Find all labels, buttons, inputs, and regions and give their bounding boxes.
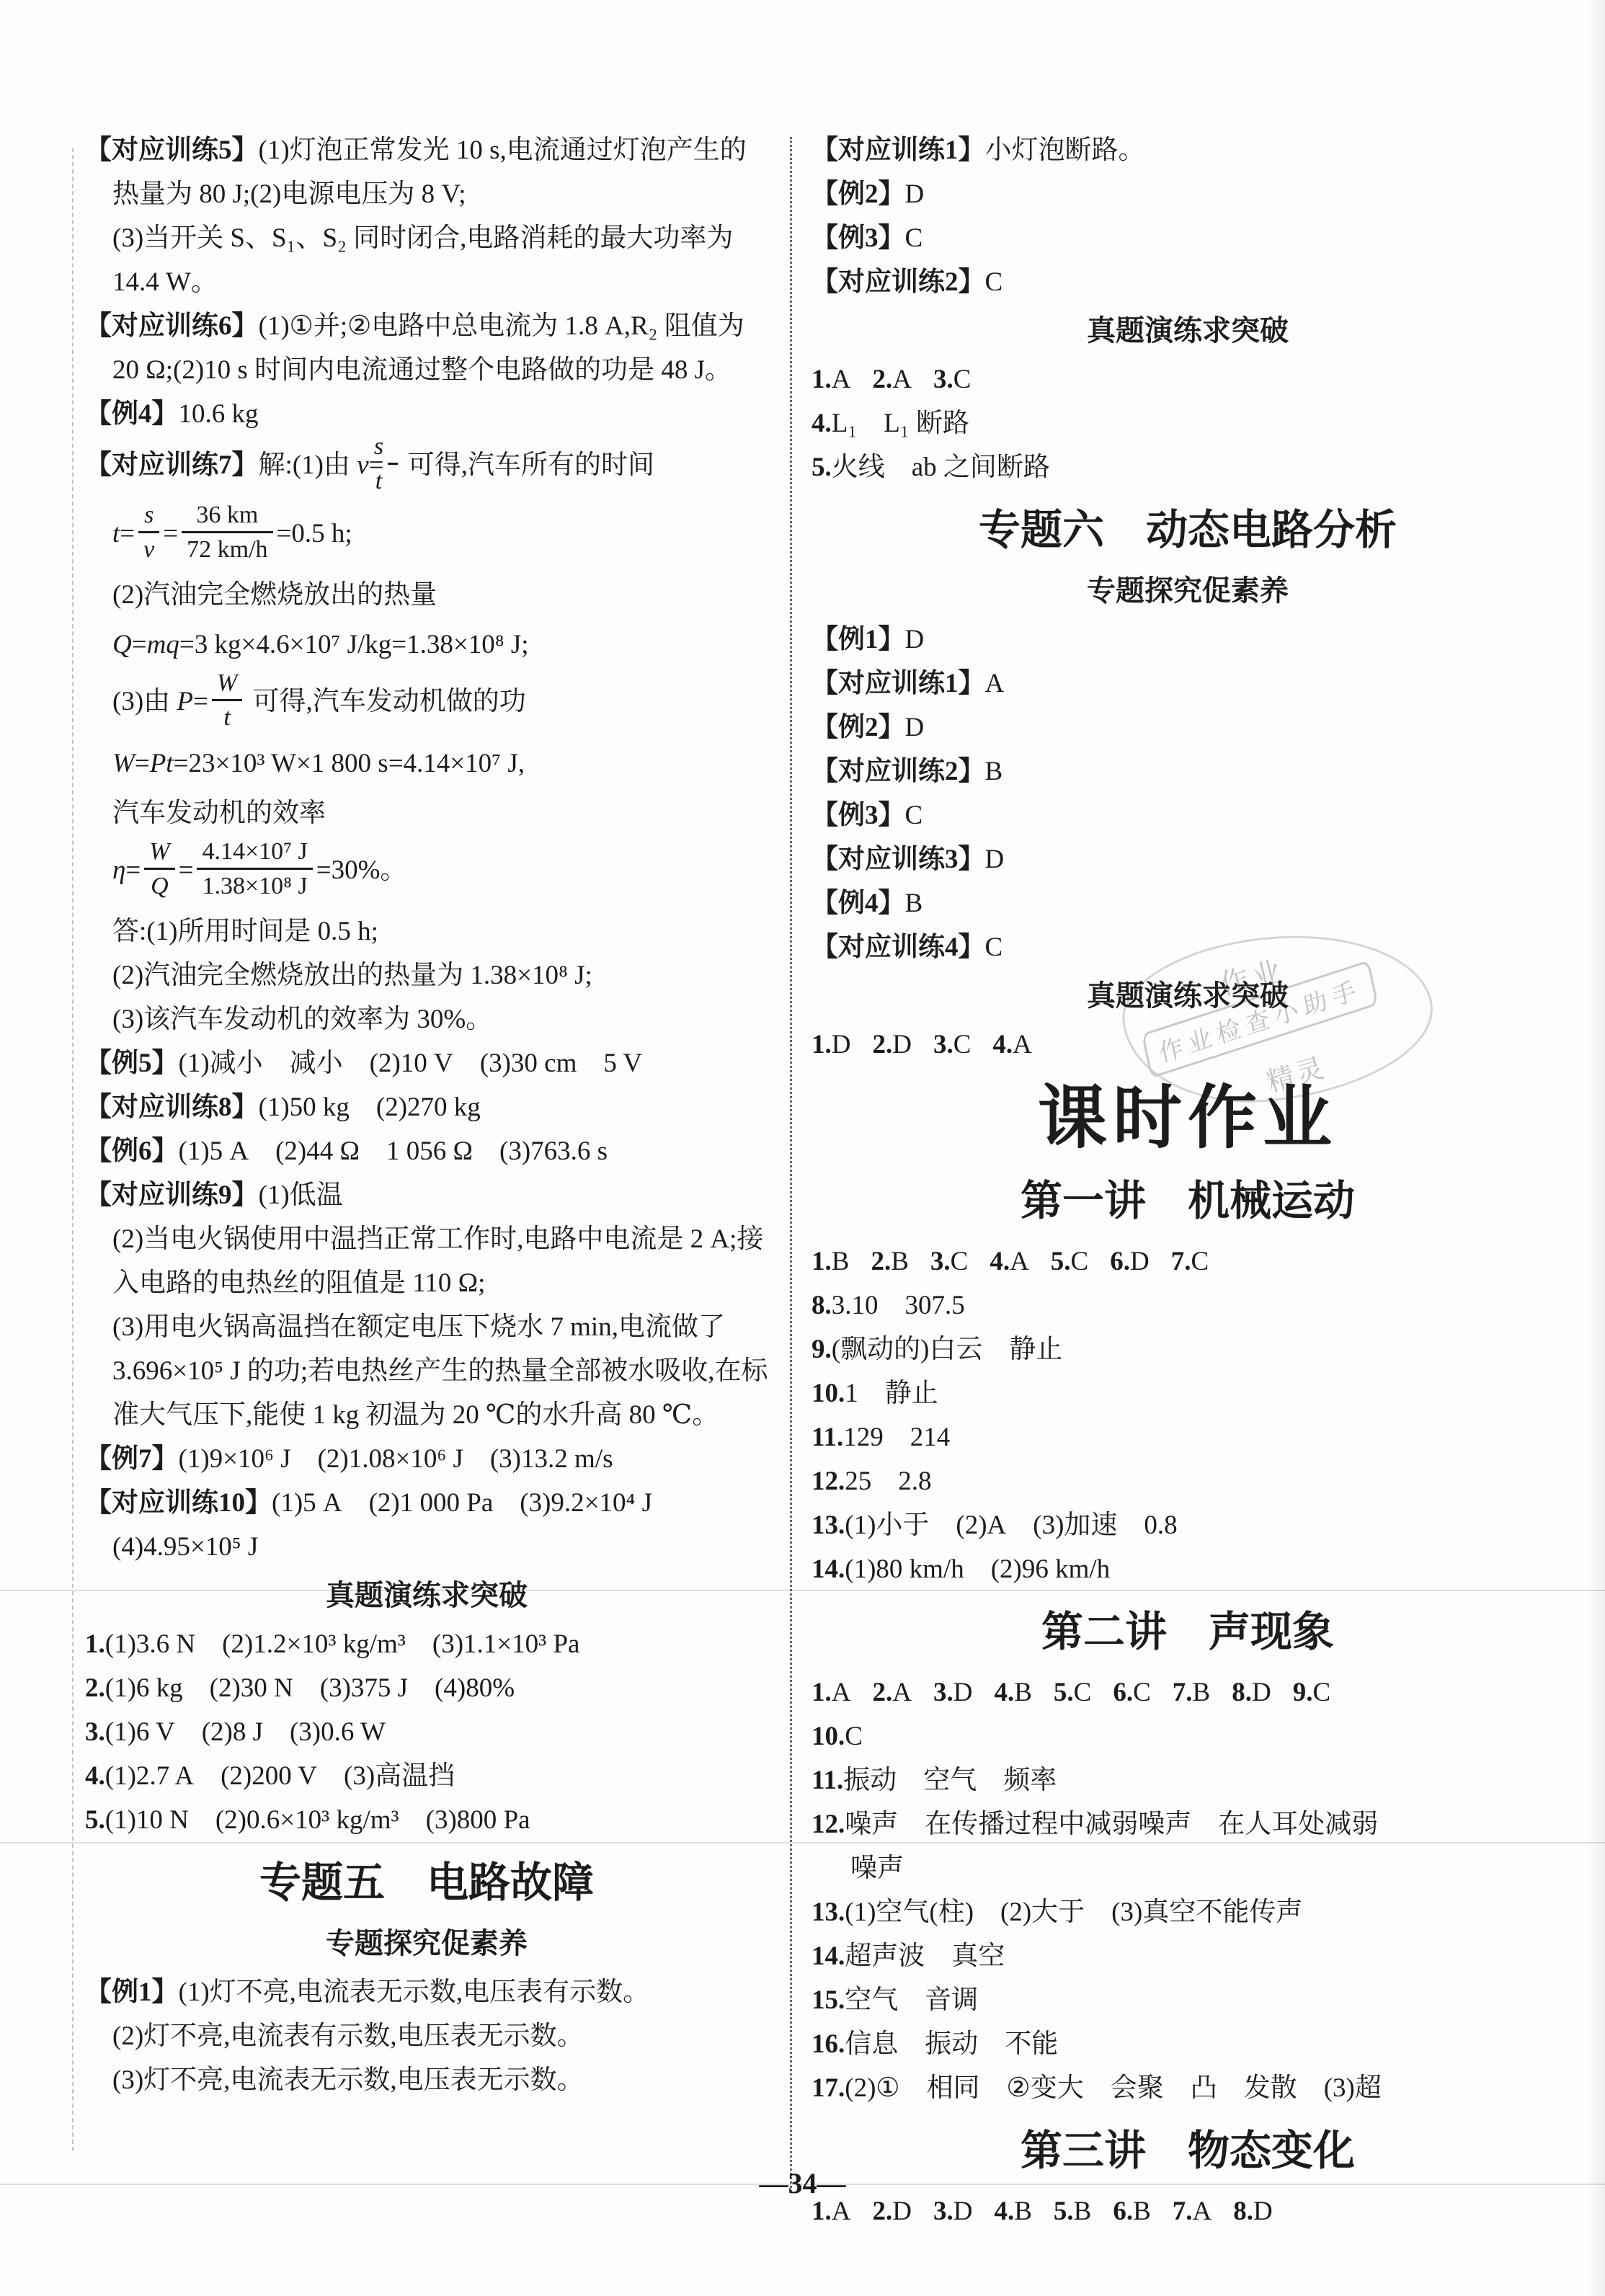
formula-text: 可得,汽车发动机做的功: [246, 687, 526, 716]
section-heading: 专题六 动态电路分析: [812, 504, 1564, 557]
answer-item: 7.A: [1173, 2197, 1211, 2226]
page-number: —34—: [0, 2166, 1605, 2200]
fraction-denominator: Q: [144, 870, 174, 900]
answer-number: 12.: [812, 1810, 845, 1839]
paragraph-text: (3)用电火锅高温挡在额定电压下烧水 7 min,电流做了3.696×10⁵ J…: [112, 1312, 768, 1430]
paragraph-text: (1)5 A (2)1 000 Pa (3)9.2×10⁴ J: [272, 1488, 652, 1518]
example-label: 【对应训练10】: [85, 1488, 272, 1518]
subsection-heading: 真题演练求突破: [812, 308, 1564, 353]
answer-value: D: [1252, 1678, 1271, 1707]
answer-number: 5.: [85, 1805, 105, 1835]
answer-number: 15.: [812, 1985, 845, 2015]
answer-number: 14.: [812, 1554, 845, 1584]
answer-text: (1)80 km/h (2)96 km/h: [845, 1554, 1110, 1584]
paragraph-text: (3)该汽车发动机的效率为 30%。: [112, 1005, 492, 1034]
answer-line: 13.(1)小于 (2)A (3)加速 0.8: [812, 1503, 1564, 1547]
subsection-heading: 专题探究促素养: [812, 569, 1564, 613]
answer-item: 1.A: [812, 1678, 850, 1707]
answer-number: 1.: [85, 1629, 105, 1659]
answer-text: 1 静止: [845, 1379, 938, 1408]
answer-line: 9.(飘动的)白云 静止: [812, 1327, 1564, 1371]
answer-line-continuation: 噪声: [812, 1846, 1564, 1890]
answer-paragraph: (3)由 P=Wt 可得,汽车发动机做的功: [85, 672, 768, 735]
formula-text: W: [112, 749, 135, 778]
page: 作业 作业检查小助手 精灵 【对应训练5】(1)灯泡正常发光 10 s,电流通过…: [0, 0, 1605, 2296]
example-label: 【例1】: [85, 1977, 179, 2007]
answer-text: C: [845, 1722, 863, 1751]
answer-number: 13.: [812, 1897, 845, 1927]
answer-value: D: [953, 1678, 973, 1707]
answer-paragraph: 【例3】C: [812, 216, 1564, 260]
answer-line: 16.信息 振动 不能: [812, 2022, 1564, 2066]
answer-number: 7.: [1171, 1247, 1191, 1276]
paragraph-text: (2)汽油完全燃烧放出的热量为 1.38×10⁸ J;: [112, 961, 592, 990]
example-label: 【对应训练3】: [812, 845, 985, 874]
answer-number: 14.: [812, 1941, 845, 1971]
answer-number: 5.: [812, 453, 832, 482]
answer-value: D: [892, 1030, 912, 1059]
paragraph-text: (1)低温: [259, 1180, 343, 1210]
answer-number: 8.: [1233, 2197, 1253, 2226]
paragraph-text: C: [985, 933, 1003, 962]
answer-line: 12.25 2.8: [812, 1459, 1564, 1503]
answer-item: 2.A: [872, 365, 911, 394]
answer-line: 12.噪声 在传播过程中减弱噪声 在人耳处减弱: [812, 1802, 1564, 1846]
formula-text: P: [177, 687, 193, 716]
answer-text: (1)2.7 A (2)200 V (3)高温挡: [105, 1761, 455, 1791]
answer-item: 6.D: [1110, 1247, 1149, 1276]
example-label: 【对应训练4】: [812, 933, 985, 962]
formula-text: v: [357, 450, 368, 480]
example-label: 【例1】: [812, 625, 905, 654]
formula-text: =23×10³ W×1 800 s=4.14×10⁷ J,: [174, 749, 525, 778]
answer-item: 3.C: [930, 1247, 968, 1276]
answer-paragraph: (3)该汽车发动机的效率为 30%。: [85, 997, 768, 1041]
subsection-heading: 专题探究促素养: [85, 1921, 768, 1966]
paragraph-text: (3)灯不亮,电流表无示数,电压表无示数。: [112, 2065, 584, 2095]
answer-text: 3.10 307.5: [832, 1291, 965, 1320]
answer-item: 2.B: [871, 1247, 908, 1276]
answer-line: 13.(1)空气(柱) (2)大于 (3)真空不能传声: [812, 1890, 1564, 1934]
formula-text: =: [179, 855, 194, 885]
fraction-denominator: t: [212, 701, 242, 731]
formula-text: =: [163, 519, 178, 548]
answer-item: 8.D: [1232, 1678, 1271, 1707]
answer-line: 14.(1)80 km/h (2)96 km/h: [812, 1547, 1564, 1591]
paragraph-text: A: [985, 669, 1005, 698]
answer-item: 4.A: [992, 1030, 1031, 1059]
answer-line: 5.(1)10 N (2)0.6×10³ kg/m³ (3)800 Pa: [85, 1798, 768, 1842]
answer-value: A: [892, 365, 912, 394]
paragraph-text: (1)5 A (2)44 Ω 1 056 Ω (3)763.6 s: [179, 1136, 608, 1166]
example-label: 【例3】: [812, 801, 905, 830]
paragraph-text: (3)当开关 S、S₁、S₂ 同时闭合,电路消耗的最大功率为 14.4 W。: [112, 223, 733, 297]
answer-line: 11.振动 空气 频率: [812, 1758, 1564, 1802]
answer-paragraph: 【例2】D: [812, 172, 1564, 216]
answer-text: (1)小于 (2)A (3)加速 0.8: [845, 1510, 1177, 1540]
answer-number: 4.: [994, 2197, 1014, 2226]
answer-value: D: [953, 2197, 973, 2226]
answer-paragraph: 【例6】(1)5 A (2)44 Ω 1 056 Ω (3)763.6 s: [85, 1129, 768, 1173]
answer-item: 4.B: [994, 2197, 1031, 2226]
answer-item: 1.D: [812, 1030, 850, 1059]
example-label: 【例4】: [812, 889, 905, 918]
answer-value: D: [1130, 1247, 1150, 1276]
answer-number: 5.: [1054, 2197, 1074, 2226]
answer-text: (1)6 V (2)8 J (3)0.6 W: [105, 1717, 386, 1747]
answer-value: C: [1191, 1247, 1209, 1276]
answer-paragraph: 【对应训练3】D: [812, 837, 1564, 881]
answer-text: (1)空气(柱) (2)大于 (3)真空不能传声: [845, 1897, 1302, 1927]
answer-item: 6.C: [1113, 1678, 1150, 1707]
answer-paragraph: 汽车发动机的效率: [85, 791, 768, 835]
answer-paragraph: (3)灯不亮,电流表无示数,电压表无示数。: [85, 2058, 768, 2102]
fraction-denominator: 1.38×10⁸ J: [197, 870, 312, 900]
answer-item: 3.D: [933, 2197, 972, 2226]
paragraph-text: D: [905, 713, 925, 742]
answer-value: C: [1074, 1678, 1092, 1707]
answer-paragraph: 【例1】(1)灯不亮,电流表无示数,电压表有示数。: [85, 1970, 768, 2014]
answer-line: 11.129 214: [812, 1415, 1564, 1459]
formula-line: W=Pt=23×10³ W×1 800 s=4.14×10⁷ J,: [85, 742, 768, 786]
answer-number: 2.: [872, 365, 892, 394]
answer-paragraph: (4)4.95×10⁵ J: [85, 1525, 768, 1569]
fraction-denominator: v: [138, 533, 159, 564]
example-label: 【对应训练9】: [85, 1180, 259, 1210]
example-label: 【例3】: [812, 223, 905, 253]
example-label: 【例2】: [812, 179, 905, 209]
answer-text: 空气 音调: [845, 1985, 978, 2015]
answer-value: B: [832, 1247, 850, 1276]
subsection-heading: 真题演练求突破: [85, 1573, 768, 1618]
formula-text: t: [112, 519, 120, 548]
answer-text: 振动 空气 频率: [843, 1766, 1057, 1795]
example-label: 【对应训练8】: [85, 1093, 259, 1122]
answer-item: 3.C: [933, 365, 971, 394]
answer-paragraph: 【例4】10.6 kg: [85, 392, 768, 436]
section-heading: 第二讲 声现象: [812, 1606, 1564, 1659]
answer-paragraph: 【例1】D: [812, 618, 1564, 662]
answer-paragraph: (2)灯不亮,电流表有示数,电压表无示数。: [85, 2014, 768, 2058]
answer-number: 7.: [1173, 1678, 1193, 1707]
answer-paragraph: 【对应训练1】A: [812, 662, 1564, 706]
answer-value: B: [1133, 2197, 1151, 2226]
answer-paragraph: 【例5】(1)减小 减小 (2)10 V (3)30 cm 5 V: [85, 1041, 768, 1085]
answer-paragraph: 【对应训练1】小灯泡断路。: [812, 128, 1564, 172]
answer-value: A: [832, 2197, 851, 2226]
answer-number: 3.: [933, 2197, 953, 2226]
answer-row: 1.D2.D3.C4.A: [812, 1023, 1564, 1067]
formula-text: 解:(1)由: [259, 450, 357, 480]
answer-text: 超声波 真空: [845, 1941, 1005, 1971]
answer-text: (1)6 kg (2)30 N (3)375 J (4)80%: [105, 1673, 515, 1703]
answer-text: 129 214: [843, 1423, 950, 1452]
answer-paragraph: 答:(1)所用时间是 0.5 h;: [85, 909, 768, 953]
fraction-numerator: W: [212, 669, 242, 701]
paragraph-text: D: [905, 179, 925, 209]
paragraph-text: (1)灯不亮,电流表无示数,电压表有示数。: [179, 1977, 650, 2007]
answer-number: 2.: [872, 1030, 892, 1059]
answer-text: (2)① 相同 ②变大 会聚 凸 发散 (3)超: [845, 2073, 1382, 2103]
section-heading: 专题五 电路故障: [85, 1856, 768, 1910]
paragraph-text: (2)灯不亮,电流表有示数,电压表无示数。: [112, 2021, 584, 2051]
answer-number: 4.: [812, 409, 832, 438]
formula-text: =0.5 h;: [277, 519, 352, 548]
answer-text: (1)10 N (2)0.6×10³ kg/m³ (3)800 Pa: [105, 1805, 530, 1835]
formula-text: =: [135, 749, 150, 778]
answer-value: B: [1074, 2197, 1092, 2226]
answer-paragraph: 【对应训练10】(1)5 A (2)1 000 Pa (3)9.2×10⁴ J: [85, 1481, 768, 1525]
answer-item: 2.D: [872, 2197, 911, 2226]
answer-paragraph: (2)汽油完全燃烧放出的热量为 1.38×10⁸ J;: [85, 953, 768, 997]
paragraph-text: (2)当电火锅使用中温挡正常工作时,电路中电流是 2 A;接入电路的电热丝的阻值…: [112, 1224, 763, 1298]
answer-line: 17.(2)① 相同 ②变大 会聚 凸 发散 (3)超: [812, 2066, 1564, 2110]
answer-text: 火线 ab 之间断路: [832, 453, 1050, 482]
fraction: sv: [138, 501, 159, 564]
answer-value: D: [892, 2197, 912, 2226]
paragraph-text: B: [905, 889, 923, 918]
answer-paragraph: (3)用电火锅高温挡在额定电压下烧水 7 min,电流做了3.696×10⁵ J…: [85, 1305, 768, 1437]
paragraph-text: (4)4.95×10⁵ J: [112, 1532, 258, 1562]
example-label: 【例7】: [85, 1444, 179, 1474]
fraction: WQ: [144, 837, 174, 900]
fraction-numerator: s: [138, 501, 159, 533]
left-margin-dashed-line: [72, 148, 74, 2151]
answer-item: 5.C: [1054, 1678, 1091, 1707]
answer-paragraph: 【例7】(1)9×10⁶ J (2)1.08×10⁶ J (3)13.2 m/s: [85, 1437, 768, 1481]
paragraph-text: C: [905, 801, 923, 830]
answer-number: 2.: [872, 2197, 892, 2226]
answer-number: 2.: [871, 1247, 891, 1276]
formula-line: η=WQ=4.14×10⁷ J1.38×10⁸ J=30%。: [85, 841, 768, 904]
answer-number: 11.: [812, 1766, 843, 1795]
formula-text: η: [112, 855, 125, 885]
answer-number: 8.: [812, 1291, 832, 1320]
answer-item: 5.C: [1051, 1247, 1088, 1276]
answer-number: 11.: [812, 1423, 843, 1452]
answer-value: C: [1312, 1678, 1330, 1707]
example-label: 【对应训练2】: [812, 757, 985, 786]
answer-value: A: [892, 1678, 912, 1707]
answer-paragraph: 【对应训练9】(1)低温: [85, 1173, 768, 1217]
paragraph-text: C: [905, 223, 923, 253]
answer-text: 25 2.8: [845, 1467, 931, 1496]
formula-text: =: [193, 687, 208, 716]
answer-number: 17.: [812, 2073, 845, 2103]
answer-value: D: [1253, 2197, 1273, 2226]
fraction-denominator: t: [388, 465, 398, 495]
answer-value: A: [1193, 2197, 1212, 2226]
paragraph-text: 汽车发动机的效率: [112, 798, 326, 828]
formula-text: 可得,汽车所有的时间: [401, 450, 655, 480]
formula-line: Q=mq=3 kg×4.6×10⁷ J/kg=1.38×10⁸ J;: [85, 623, 768, 667]
paragraph-text: (1)50 kg (2)270 kg: [259, 1093, 481, 1122]
answer-value: C: [1133, 1678, 1151, 1707]
answer-item: 3.C: [933, 1030, 971, 1059]
answer-row: 1.A2.A3.C: [812, 357, 1564, 401]
answer-number: 3.: [930, 1247, 951, 1276]
answer-number: 1.: [812, 365, 832, 394]
answer-text: L₁ L₁ 断路: [832, 409, 969, 438]
chapter-title: 课时作业: [812, 1077, 1564, 1160]
fraction-numerator: s: [388, 432, 398, 465]
answer-number: 12.: [812, 1467, 845, 1496]
example-label: 【例2】: [812, 713, 905, 742]
answer-number: 4.: [992, 1030, 1013, 1059]
paragraph-text: (1)9×10⁶ J (2)1.08×10⁶ J (3)13.2 m/s: [179, 1444, 613, 1474]
answer-line: 4.(1)2.7 A (2)200 V (3)高温挡: [85, 1754, 768, 1798]
answer-number: 8.: [1232, 1678, 1252, 1707]
answer-value: D: [832, 1030, 851, 1059]
paragraph-text: 答:(1)所用时间是 0.5 h;: [112, 917, 378, 946]
answer-paragraph: (2)汽油完全燃烧放出的热量: [85, 573, 768, 617]
column-divider: [790, 137, 792, 2192]
subsection-heading: 真题演练求突破: [812, 974, 1564, 1018]
paragraph-text: D: [905, 625, 925, 654]
paragraph-text: (2)汽油完全燃烧放出的热量: [112, 580, 437, 610]
answer-number: 7.: [1173, 2197, 1193, 2226]
answer-number: 9.: [812, 1335, 832, 1364]
answer-line: 1.(1)3.6 N (2)1.2×10³ kg/m³ (3)1.1×10³ P…: [85, 1622, 768, 1666]
fraction-numerator: 36 km: [182, 501, 272, 533]
answer-number: 13.: [812, 1510, 845, 1540]
fraction-numerator: 4.14×10⁷ J: [197, 837, 312, 870]
answer-number: 3.: [85, 1717, 105, 1747]
formula-text: =: [125, 855, 141, 885]
example-label: 【例5】: [85, 1049, 179, 1078]
example-label: 【对应训练7】: [85, 450, 259, 480]
formula-text: mq: [147, 630, 179, 659]
formula-text: =: [120, 519, 135, 548]
answer-number: 9.: [1293, 1678, 1313, 1707]
answer-item: 9.C: [1293, 1678, 1330, 1707]
fraction: st: [388, 432, 398, 495]
answer-item: 1.A: [812, 365, 850, 394]
answer-value: C: [953, 1030, 972, 1059]
formula-text: Pt: [150, 749, 174, 778]
answer-item: 4.B: [994, 1678, 1031, 1707]
fraction-denominator: 72 km/h: [182, 533, 272, 564]
paragraph-text: D: [985, 845, 1005, 874]
example-label: 【对应训练2】: [812, 267, 985, 297]
answer-paragraph: 【例4】B: [812, 881, 1564, 925]
example-label: 【对应训练1】: [812, 669, 985, 698]
formula-text: Q: [112, 630, 132, 659]
example-label: 【对应训练6】: [85, 311, 259, 341]
answer-item: 1.A: [812, 2197, 850, 2226]
answer-item: 7.C: [1171, 1247, 1209, 1276]
answer-paragraph: 【对应训练7】解:(1)由 v=st 可得,汽车所有的时间: [85, 436, 768, 499]
answer-value: A: [1010, 1247, 1029, 1276]
answer-paragraph: 【对应训练8】(1)50 kg (2)270 kg: [85, 1085, 768, 1129]
answer-number: 16.: [812, 2029, 845, 2059]
formula-line: t=sv=36 km72 km/h=0.5 h;: [85, 504, 768, 567]
paragraph-text: C: [985, 267, 1003, 297]
answer-row: 1.B2.B3.C4.A5.C6.D7.C: [812, 1240, 1564, 1283]
example-label: 【例4】: [85, 399, 179, 429]
answer-number: 1.: [812, 2197, 832, 2226]
answer-paragraph: (2)当电火锅使用中温挡正常工作时,电路中电流是 2 A;接入电路的电热丝的阻值…: [85, 1217, 768, 1305]
answer-number: 2.: [85, 1673, 105, 1703]
section-heading: 第一讲 机械运动: [812, 1175, 1564, 1228]
answer-item: 8.D: [1233, 2197, 1272, 2226]
answer-value: C: [1071, 1247, 1089, 1276]
answer-paragraph: 【对应训练2】C: [812, 260, 1564, 304]
paragraph-text: B: [985, 757, 1003, 786]
answer-value: B: [891, 1247, 909, 1276]
answer-text: 信息 振动 不能: [845, 2029, 1058, 2059]
answer-number: 4.: [85, 1761, 105, 1791]
answer-number: 6.: [1110, 1247, 1130, 1276]
answer-line: 3.(1)6 V (2)8 J (3)0.6 W: [85, 1710, 768, 1754]
fraction: 36 km72 km/h: [182, 501, 272, 564]
example-label: 【对应训练1】: [812, 135, 985, 165]
answer-value: B: [1193, 1678, 1211, 1707]
answer-item: 5.B: [1054, 2197, 1091, 2226]
example-label: 【对应训练5】: [85, 135, 259, 165]
answer-line: 10.1 静止: [812, 1371, 1564, 1415]
fraction: Wt: [212, 669, 242, 731]
answer-item: 4.A: [990, 1247, 1028, 1276]
paragraph-text: (1)减小 减小 (2)10 V (3)30 cm 5 V: [179, 1049, 643, 1078]
answer-line: 14.超声波 真空: [812, 1934, 1564, 1978]
answer-value: A: [1013, 1030, 1032, 1059]
answer-number: 5.: [1051, 1247, 1071, 1276]
answer-value: A: [832, 365, 851, 394]
formula-text: =3 kg×4.6×10⁷ J/kg=1.38×10⁸ J;: [179, 630, 529, 659]
answer-item: 2.D: [872, 1030, 911, 1059]
answer-number: 3.: [933, 365, 953, 394]
answer-item: 2.A: [872, 1678, 911, 1707]
answer-number: 2.: [872, 1678, 892, 1707]
answer-paragraph: 【例2】D: [812, 706, 1564, 749]
formula-text: =: [132, 630, 147, 659]
answer-value: C: [951, 1247, 969, 1276]
answer-line: 15.空气 音调: [812, 1978, 1564, 2022]
answer-item: 1.B: [812, 1247, 849, 1276]
formula-text: (3)由: [112, 687, 177, 716]
paragraph-text: 小灯泡断路。: [985, 135, 1145, 165]
answer-line: 10.C: [812, 1714, 1564, 1758]
paragraph-text: 10.6 kg: [179, 399, 259, 429]
answer-number: 3.: [933, 1678, 953, 1707]
example-label: 【例6】: [85, 1136, 179, 1166]
answer-item: 7.B: [1173, 1678, 1210, 1707]
answer-number: 5.: [1054, 1678, 1074, 1707]
answer-number: 6.: [1113, 1678, 1133, 1707]
formula-text: =30%。: [316, 855, 407, 885]
answer-item: 6.B: [1113, 2197, 1150, 2226]
answer-line: 4.L₁ L₁ 断路: [812, 401, 1564, 445]
answer-value: B: [1014, 2197, 1032, 2226]
answer-paragraph: 【例3】C: [812, 793, 1564, 837]
answer-number: 10.: [812, 1379, 845, 1408]
answer-line: 8.3.10 307.5: [812, 1283, 1564, 1327]
answer-number: 10.: [812, 1722, 845, 1751]
fraction: 4.14×10⁷ J1.38×10⁸ J: [197, 837, 312, 900]
answer-row: 1.A2.A3.D4.B5.C6.C7.B8.D9.C: [812, 1670, 1564, 1714]
answer-item: 3.D: [933, 1678, 972, 1707]
answer-number: 1.: [812, 1030, 832, 1059]
answer-text: (1)3.6 N (2)1.2×10³ kg/m³ (3)1.1×10³ Pa: [105, 1629, 580, 1659]
answer-paragraph: 【对应训练4】C: [812, 925, 1564, 969]
answer-number: 4.: [990, 1247, 1010, 1276]
answer-paragraph: 【对应训练5】(1)灯泡正常发光 10 s,电流通过灯泡产生的热量为 80 J;…: [85, 128, 768, 216]
answer-paragraph: 【对应训练2】B: [812, 749, 1564, 793]
answer-value: C: [953, 365, 972, 394]
answer-text: 噪声: [850, 1854, 904, 1883]
answer-text: 噪声 在传播过程中减弱噪声 在人耳处减弱: [845, 1810, 1378, 1839]
